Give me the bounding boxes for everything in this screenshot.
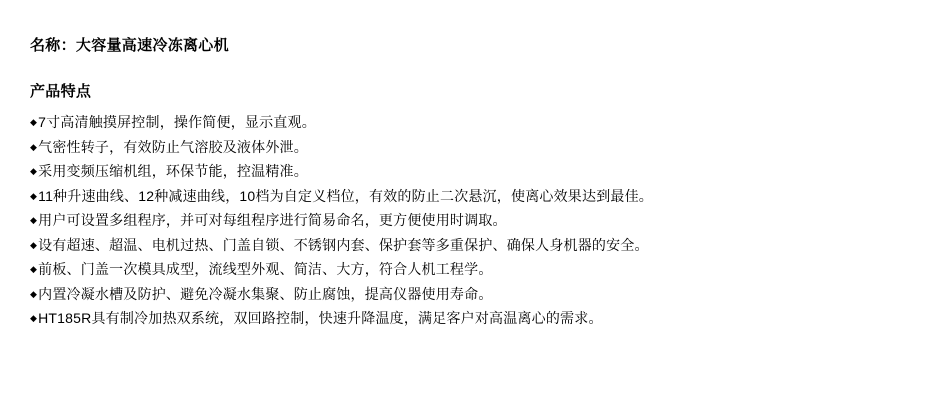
feature-item: ◆采用变频压缩机组，环保节能，控温精准。 <box>30 159 910 184</box>
product-name-line: 名称：大容量高速冷冻离心机 <box>30 37 910 54</box>
feature-text: 内置冷凝水槽及防护、避免冷凝水集聚、防止腐蚀，提高仪器使用寿命。 <box>38 286 492 302</box>
feature-text: 用户可设置多组程序，并可对每组程序进行简易命名，更方便使用时调取。 <box>38 212 507 228</box>
feature-text: 气密性转子，有效防止气溶胶及液体外泄。 <box>38 139 308 155</box>
feature-text: 采用变频压缩机组，环保节能，控温精准。 <box>38 163 308 179</box>
feature-text: 11种升速曲线、12种减速曲线，10档为自定义档位，有效的防止二次悬沉，使离心效… <box>38 188 653 204</box>
product-name: 大容量高速冷冻离心机 <box>76 37 229 54</box>
bullet-diamond-icon: ◆ <box>30 264 37 274</box>
feature-item: ◆11种升速曲线、12种减速曲线，10档为自定义档位，有效的防止二次悬沉，使离心… <box>30 184 910 209</box>
product-features-heading: 产品特点 <box>30 83 910 100</box>
name-label: 名称： <box>30 37 76 54</box>
bullet-diamond-icon: ◆ <box>30 215 37 225</box>
feature-text: HT185R具有制冷加热双系统，双回路控制，快速升降温度，满足客户对高温离心的需… <box>38 310 603 326</box>
feature-text: 设有超速、超温、电机过热、门盖自锁、不锈钢内套、保护套等多重保护、确保人身机器的… <box>38 237 649 253</box>
bullet-diamond-icon: ◆ <box>30 289 37 299</box>
feature-item: ◆气密性转子，有效防止气溶胶及液体外泄。 <box>30 135 910 160</box>
bullet-diamond-icon: ◆ <box>30 313 37 323</box>
feature-item: ◆用户可设置多组程序，并可对每组程序进行简易命名，更方便使用时调取。 <box>30 208 910 233</box>
feature-item: ◆设有超速、超温、电机过热、门盖自锁、不锈钢内套、保护套等多重保护、确保人身机器… <box>30 233 910 258</box>
feature-item: ◆HT185R具有制冷加热双系统，双回路控制，快速升降温度，满足客户对高温离心的… <box>30 306 910 331</box>
bullet-diamond-icon: ◆ <box>30 240 37 250</box>
feature-item: ◆前板、门盖一次模具成型，流线型外观、简洁、大方，符合人机工程学。 <box>30 257 910 282</box>
bullet-diamond-icon: ◆ <box>30 191 37 201</box>
product-description-page: 名称：大容量高速冷冻离心机 产品特点 ◆7寸高清触摸屏控制，操作简便，显示直观。… <box>0 0 940 331</box>
feature-list: ◆7寸高清触摸屏控制，操作简便，显示直观。 ◆气密性转子，有效防止气溶胶及液体外… <box>30 110 910 331</box>
feature-item: ◆7寸高清触摸屏控制，操作简便，显示直观。 <box>30 110 910 135</box>
bullet-diamond-icon: ◆ <box>30 166 37 176</box>
feature-text: 7寸高清触摸屏控制，操作简便，显示直观。 <box>38 114 316 130</box>
bullet-diamond-icon: ◆ <box>30 142 37 152</box>
bullet-diamond-icon: ◆ <box>30 117 37 127</box>
feature-text: 前板、门盖一次模具成型，流线型外观、简洁、大方，符合人机工程学。 <box>38 261 492 277</box>
feature-item: ◆内置冷凝水槽及防护、避免冷凝水集聚、防止腐蚀，提高仪器使用寿命。 <box>30 282 910 307</box>
